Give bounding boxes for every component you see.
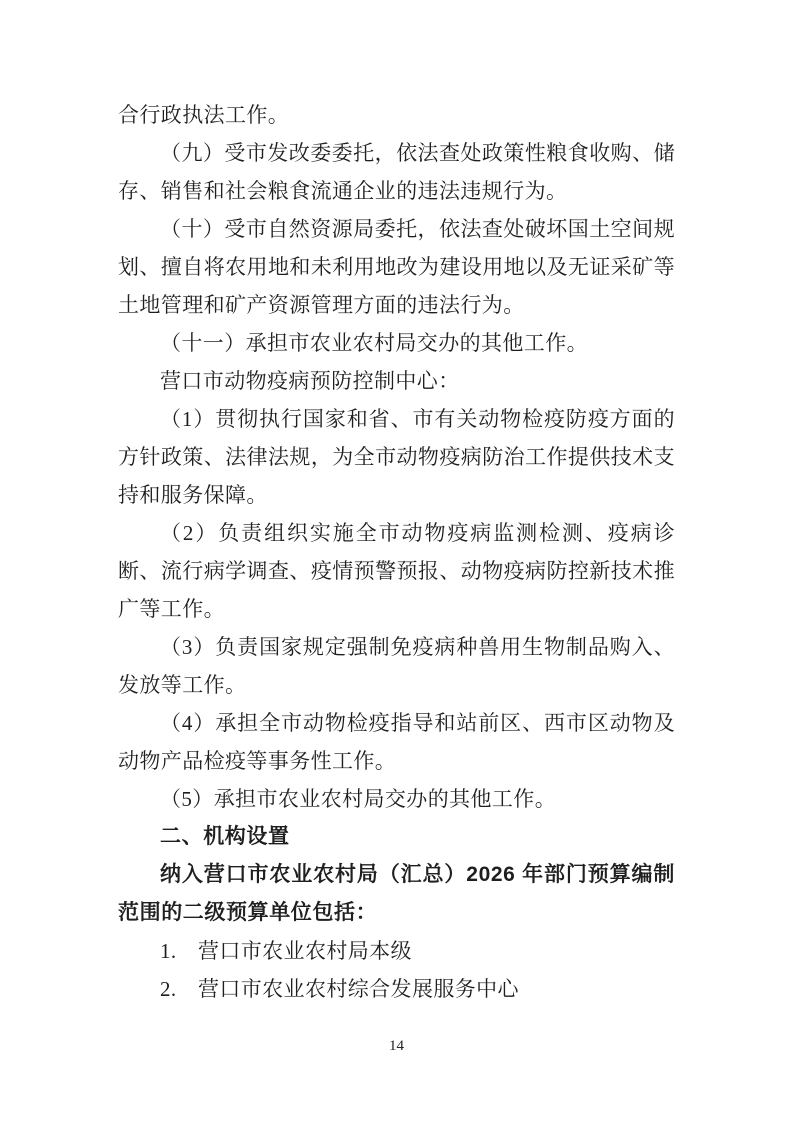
section-heading: 二、机构设置 [118,818,675,856]
paragraph: （九）受市发改委委托，依法查处政策性粮食收购、储存、销售和社会粮食流通企业的违法… [118,134,675,210]
list-item: 2. 营口市农业农村综合发展服务中心 [118,970,675,1008]
paragraph: （5）承担市农业农村局交办的其他工作。 [118,780,675,818]
paragraph: 合行政执法工作。 [118,96,675,134]
paragraph: 营口市动物疫病预防控制中心： [118,362,675,400]
document-page: 合行政执法工作。（九）受市发改委委托，依法查处政策性粮食收购、储存、销售和社会粮… [0,0,793,1122]
list-item: 1. 营口市农业农村局本级 [118,932,675,970]
paragraph: （十）受市自然资源局委托，依法查处破坏国土空间规划、擅自将农用地和未利用地改为建… [118,210,675,324]
paragraph: （1）贯彻执行国家和省、市有关动物检疫防疫方面的方针政策、法律法规，为全市动物疫… [118,400,675,514]
paragraph: （2）负责组织实施全市动物疫病监测检测、疫病诊断、流行病学调查、疫情预警预报、动… [118,514,675,628]
paragraph: （3）负责国家规定强制免疫病种兽用生物制品购入、发放等工作。 [118,628,675,704]
document-body: 合行政执法工作。（九）受市发改委委托，依法查处政策性粮食收购、储存、销售和社会粮… [118,96,675,1008]
page-number: 14 [0,1036,793,1056]
paragraph: （十一）承担市农业农村局交办的其他工作。 [118,324,675,362]
section-heading: 纳入营口市农业农村局（汇总）2026 年部门预算编制范围的二级预算单位包括： [118,856,675,932]
paragraph: （4）承担全市动物检疫指导和站前区、西市区动物及动物产品检疫等事务性工作。 [118,704,675,780]
